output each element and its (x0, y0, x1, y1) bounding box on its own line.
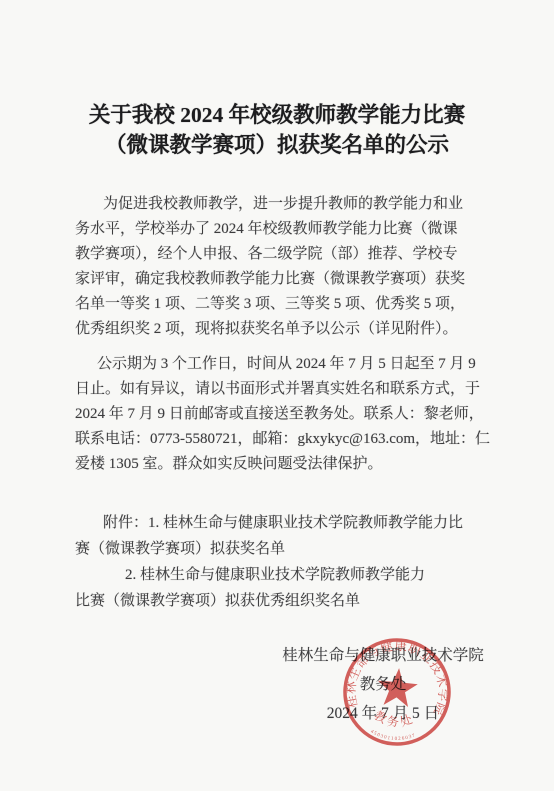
body-text-line: 公示期为 3 个工作日，时间从 2024 年 7 月 5 日起至 7 月 9 (75, 352, 484, 377)
title-line-1: 关于我校 2024 年校级教师教学能力比赛 (0, 100, 554, 130)
body-text-line: 优秀组织奖 2 项，现将拟获奖名单予以公示（详见附件）。 (75, 317, 484, 342)
seal-department-text: 教务处 (371, 707, 418, 731)
attachment-list: 附件：1. 桂林生命与健康职业技术学院教师教学能力比 赛（微课教学赛项）拟获奖名… (75, 510, 484, 614)
attachment-line: 附件：1. 桂林生命与健康职业技术学院教师教学能力比 (75, 510, 484, 536)
body-text-line: 爱楼 1305 室。群众如实反映问题受法律保护。 (75, 452, 484, 477)
title-line-2: （微课教学赛项）拟获奖名单的公示 (0, 130, 554, 160)
attachment-line: 2. 桂林生命与健康职业技术学院教师教学能力 (75, 562, 484, 588)
attachment-line: 赛（微课教学赛项）拟获奖名单 (75, 536, 484, 562)
body-text-line: 务水平，学校举办了 2024 年校级教师教学能力比赛（微课 (75, 217, 484, 242)
paragraph-2: 公示期为 3 个工作日，时间从 2024 年 7 月 5 日起至 7 月 9 日… (75, 352, 484, 477)
body-text-line: 联系电话：0773-5580721，邮箱：gkxykyc@163.com，地址：… (75, 427, 484, 452)
attachment-line: 比赛（微课教学赛项）拟获优秀组织奖名单 (75, 588, 484, 614)
official-seal: 桂林生命与健康职业技术学院 教务处 4503011026037 (332, 627, 462, 757)
body-text-line: 名单一等奖 1 项、二等奖 3 项、三等奖 5 项、优秀奖 5 项， (75, 292, 484, 317)
body-text-line: 日止。如有异议，请以书面形式并署真实姓名和联系方式，于 (75, 377, 484, 402)
document-page: 关于我校 2024 年校级教师教学能力比赛 （微课教学赛项）拟获奖名单的公示 为… (0, 0, 554, 791)
document-title: 关于我校 2024 年校级教师教学能力比赛 （微课教学赛项）拟获奖名单的公示 (0, 100, 554, 160)
body-text-line: 家评审，确定我校教师教学能力比赛（微课教学赛项）获奖 (75, 267, 484, 292)
paragraph-1: 为促进我校教师教学，进一步提升教师的教学能力和业 务水平，学校举办了 2024 … (75, 192, 484, 342)
seal-star-icon (376, 666, 419, 707)
body-text-line: 为促进我校教师教学，进一步提升教师的教学能力和业 (75, 192, 484, 217)
body-text-line: 教学赛项），经个人申报、各二级学院（部）推荐、学校专 (75, 242, 484, 267)
body-text-line: 2024 年 7 月 9 日前邮寄或直接送至教务处。联系人：黎老师， (75, 402, 484, 427)
